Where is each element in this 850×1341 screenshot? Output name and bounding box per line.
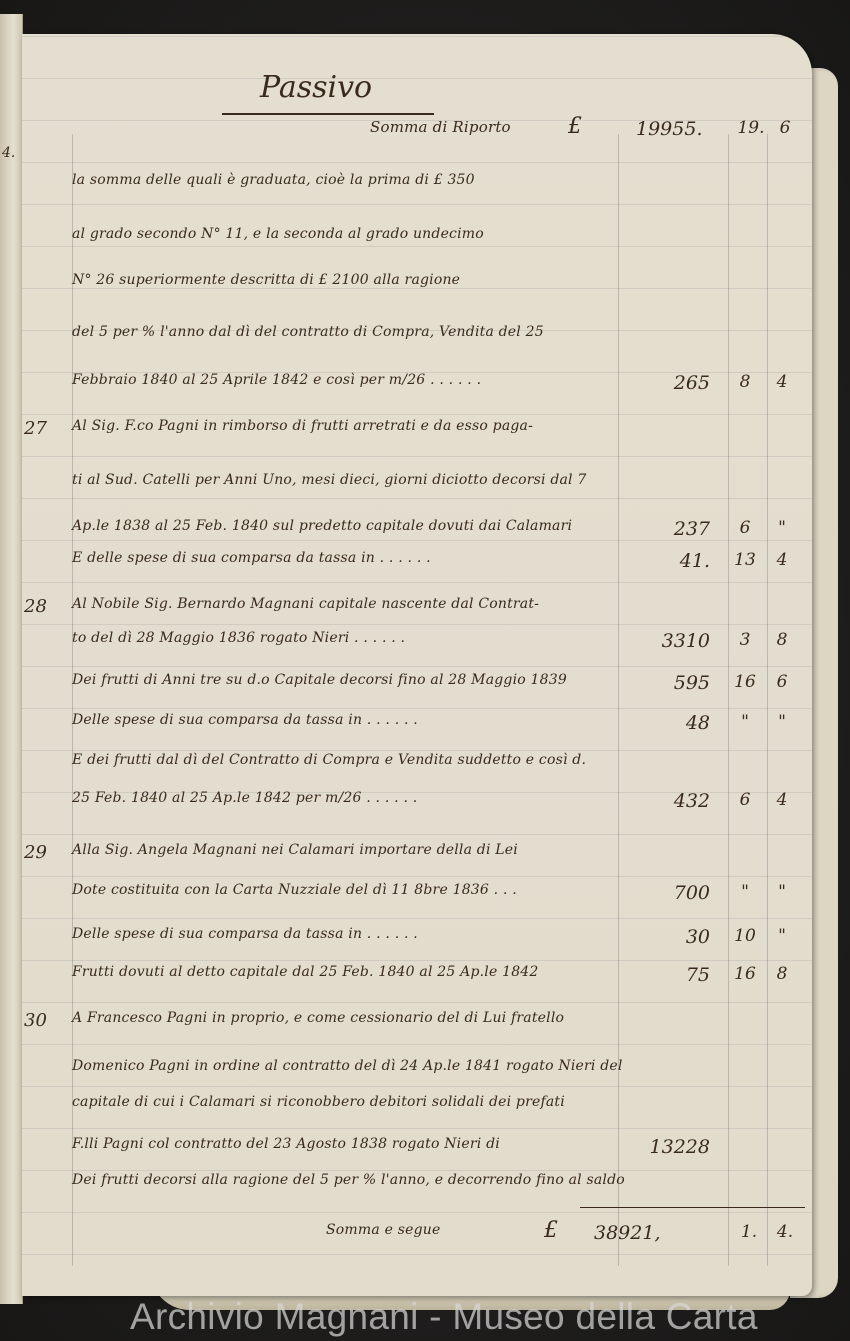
amount-denari: 8 [767, 630, 797, 650]
amount-denari: " [767, 712, 797, 732]
carried-forward-label: Somma di Riporto [370, 118, 511, 136]
ledger-line: E delle spese di sua comparsa da tassa i… [0, 550, 850, 582]
page-title: Passivo [260, 70, 372, 105]
entry-number: 27 [24, 418, 47, 439]
line-text: la somma delle quali è graduata, cioè la… [72, 172, 475, 188]
line-text: Alla Sig. Angela Magnani nei Calamari im… [72, 842, 518, 858]
amount-soldi: 10 [728, 926, 762, 946]
line-text: E delle spese di sua comparsa da tassa i… [72, 550, 431, 566]
ledger-line: E dei frutti dal dì del Contratto di Com… [0, 752, 850, 784]
total-soldi: 1. [732, 1222, 766, 1242]
amount-lire: 41. [620, 550, 710, 572]
ledger-line: Dei frutti decorsi alla ragione del 5 pe… [0, 1172, 850, 1204]
ledger-line: Delle spese di sua comparsa da tassa in … [0, 712, 850, 744]
line-text: del 5 per % l'anno dal dì del contratto … [72, 324, 544, 340]
line-text: N° 26 superiormente descritta di £ 2100 … [72, 272, 460, 288]
entry-number: 28 [24, 596, 47, 617]
amount-soldi: 16 [728, 672, 762, 692]
ledger-line: la somma delle quali è graduata, cioè la… [0, 172, 850, 204]
entry-number: 29 [24, 842, 47, 863]
amount-soldi: 6 [728, 790, 762, 810]
amount-lire: 265 [620, 372, 710, 394]
line-text: to del dì 28 Maggio 1836 rogato Nieri . … [72, 630, 405, 646]
ledger-line: ti al Sud. Catelli per Anni Uno, mesi di… [0, 472, 850, 504]
amount-lire: 3310 [620, 630, 710, 652]
line-text: Delle spese di sua comparsa da tassa in … [72, 712, 418, 728]
ledger-entry-30: 30 A Francesco Pagni in proprio, e come … [0, 1010, 850, 1042]
amount-lire: 48 [620, 712, 710, 734]
ledger-line: capitale di cui i Calamari si riconobber… [0, 1094, 850, 1126]
line-text: al grado secondo N° 11, e la seconda al … [72, 226, 484, 242]
amount-soldi: 3 [728, 630, 762, 650]
amount-denari: 4 [767, 372, 797, 392]
amount-soldi: 6 [728, 518, 762, 538]
carried-forward-denari: 6 [770, 118, 800, 138]
ledger-line: Dote costituita con la Carta Nuzziale de… [0, 882, 850, 914]
ledger-entry-29: 29 Alla Sig. Angela Magnani nei Calamari… [0, 842, 850, 874]
amount-denari: 8 [767, 964, 797, 984]
amount-denari: " [767, 926, 797, 946]
amount-lire: 595 [620, 672, 710, 694]
amount-denari: " [767, 518, 797, 538]
ledger-entry-27: 27 Al Sig. F.co Pagni in rimborso di fru… [0, 418, 850, 450]
line-text: ti al Sud. Catelli per Anni Uno, mesi di… [72, 472, 586, 488]
amount-lire: 30 [620, 926, 710, 948]
ledger-line: Domenico Pagni in ordine al contratto de… [0, 1058, 850, 1090]
line-text: Domenico Pagni in ordine al contratto de… [72, 1058, 623, 1074]
line-text: Dei frutti decorsi alla ragione del 5 pe… [72, 1172, 625, 1188]
ledger-line: del 5 per % l'anno dal dì del contratto … [0, 324, 850, 356]
line-text: Al Nobile Sig. Bernardo Magnani capitale… [72, 596, 539, 612]
amount-lire: 432 [620, 790, 710, 812]
total-rule [580, 1207, 805, 1208]
lira-symbol: £ [544, 1218, 558, 1243]
carried-forward-row: Somma di Riporto £ 19955. 19. 6 [0, 118, 850, 150]
amount-denari: " [767, 882, 797, 902]
amount-lire: 700 [620, 882, 710, 904]
amount-denari: 6 [767, 672, 797, 692]
line-text: A Francesco Pagni in proprio, e come ces… [72, 1010, 564, 1026]
total-row: Somma e segue £ 38921, 1. 4. [0, 1222, 850, 1254]
ledger-entry-28: 28 Al Nobile Sig. Bernardo Magnani capit… [0, 596, 850, 628]
ledger-line: Ap.le 1838 al 25 Feb. 1840 sul predetto … [0, 518, 850, 550]
amount-denari: 4 [767, 790, 797, 810]
amount-soldi: 13 [728, 550, 762, 570]
line-text: Ap.le 1838 al 25 Feb. 1840 sul predetto … [72, 518, 572, 534]
ledger-line: Febbraio 1840 al 25 Aprile 1842 e così p… [0, 372, 850, 404]
carried-forward-soldi: 19. [734, 118, 768, 138]
amount-soldi: 16 [728, 964, 762, 984]
title-underline [222, 113, 434, 115]
ledger-line: Dei frutti di Anni tre su d.o Capitale d… [0, 672, 850, 704]
amount-denari: 4 [767, 550, 797, 570]
amount-soldi: 8 [728, 372, 762, 392]
ledger-line: Delle spese di sua comparsa da tassa in … [0, 926, 850, 958]
ledger-line: to del dì 28 Maggio 1836 rogato Nieri . … [0, 630, 850, 662]
amount-lire: 13228 [620, 1136, 710, 1158]
line-text: E dei frutti dal dì del Contratto di Com… [72, 752, 586, 768]
line-text: 25 Feb. 1840 al 25 Ap.le 1842 per m/26 .… [72, 790, 417, 806]
amount-lire: 237 [620, 518, 710, 540]
line-text: Delle spese di sua comparsa da tassa in … [72, 926, 418, 942]
total-denari: 4. [770, 1222, 800, 1242]
line-text: Febbraio 1840 al 25 Aprile 1842 e così p… [72, 372, 481, 388]
ledger-line: Frutti dovuti al detto capitale dal 25 F… [0, 964, 850, 996]
lira-symbol: £ [568, 114, 582, 139]
line-text: F.lli Pagni col contratto del 23 Agosto … [72, 1136, 500, 1152]
ledger-line: F.lli Pagni col contratto del 23 Agosto … [0, 1136, 850, 1168]
line-text: Dei frutti di Anni tre su d.o Capitale d… [72, 672, 567, 688]
total-lire: 38921, [594, 1222, 660, 1244]
amount-soldi: " [728, 712, 762, 732]
amount-lire: 75 [620, 964, 710, 986]
total-label: Somma e segue [326, 1222, 440, 1238]
archive-watermark: Archivio Magnani - Museo della Carta [130, 1296, 758, 1338]
entry-number: 30 [24, 1010, 47, 1031]
ledger-line: N° 26 superiormente descritta di £ 2100 … [0, 272, 850, 304]
line-text: Al Sig. F.co Pagni in rimborso di frutti… [72, 418, 533, 434]
carried-forward-lire: 19955. [636, 118, 702, 140]
ledger-line: al grado secondo N° 11, e la seconda al … [0, 226, 850, 258]
line-text: capitale di cui i Calamari si riconobber… [72, 1094, 565, 1110]
line-text: Dote costituita con la Carta Nuzziale de… [72, 882, 517, 898]
line-text: Frutti dovuti al detto capitale dal 25 F… [72, 964, 539, 980]
amount-soldi: " [728, 882, 762, 902]
ledger-line: 25 Feb. 1840 al 25 Ap.le 1842 per m/26 .… [0, 790, 850, 822]
